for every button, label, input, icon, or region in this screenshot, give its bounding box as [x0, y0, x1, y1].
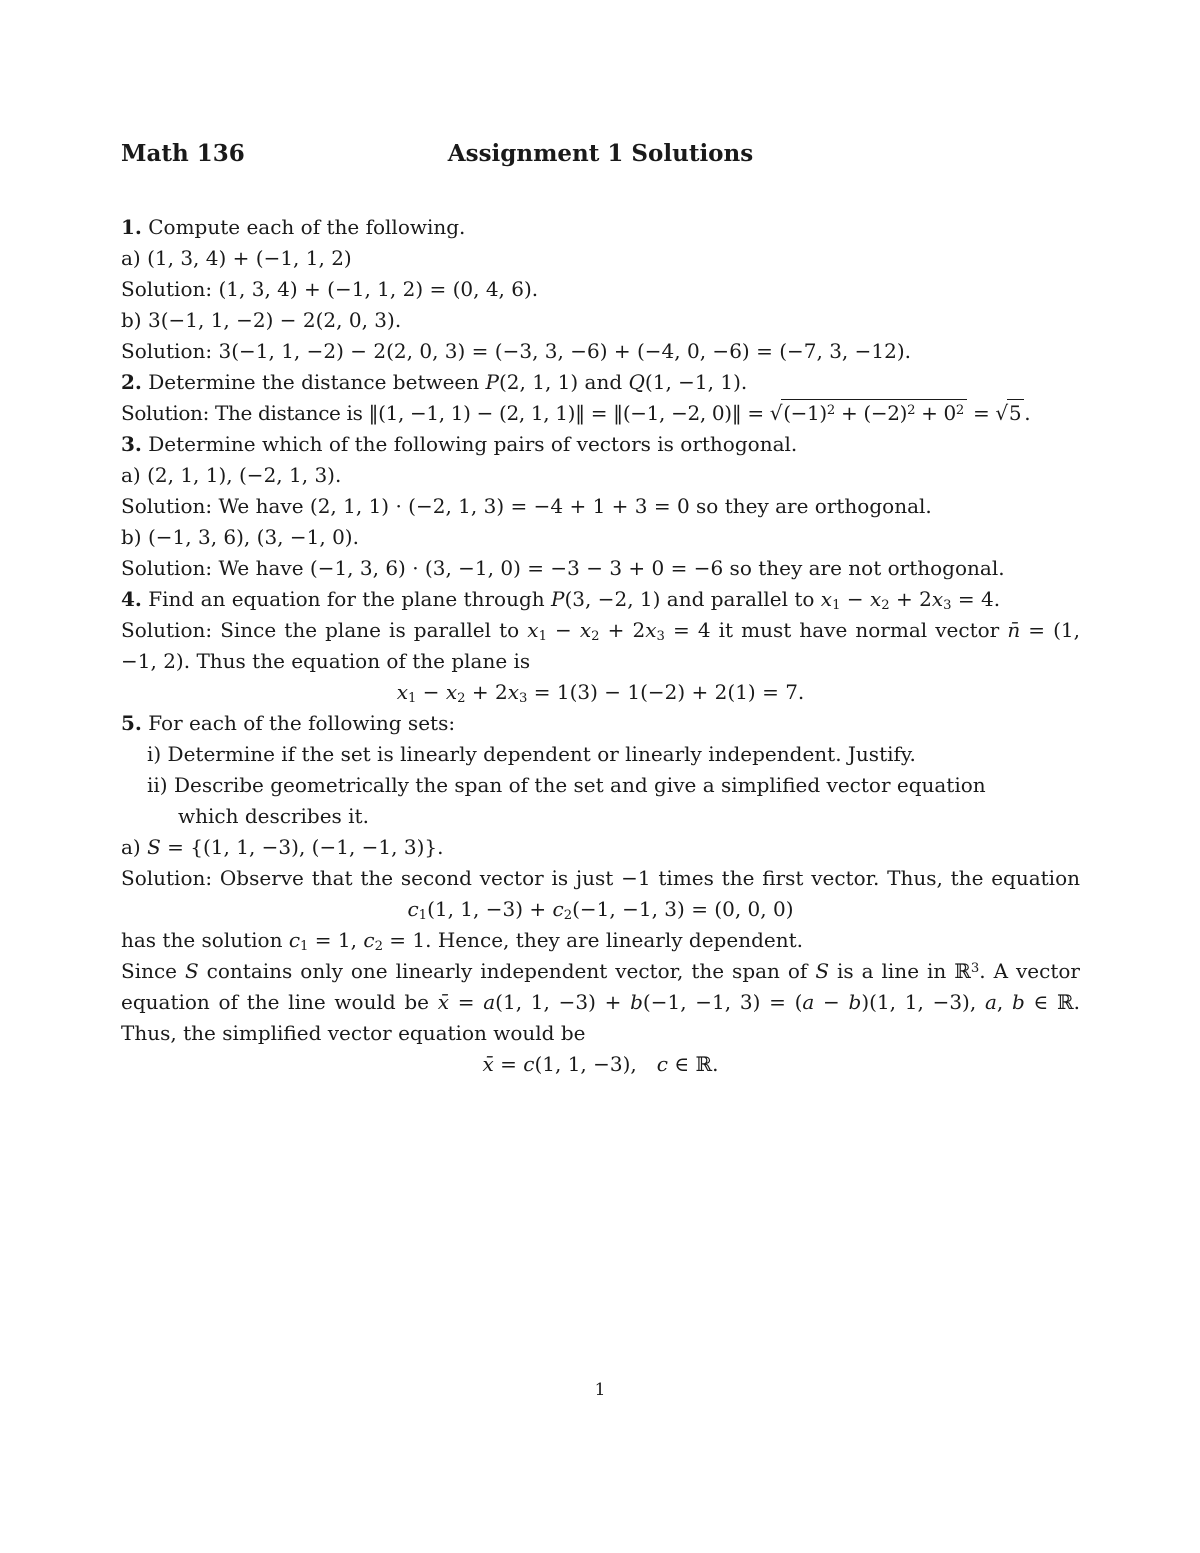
text-segment: = 4 it must have normal vector: [665, 618, 1007, 642]
text-segment: (1, 1, −3) +: [427, 897, 552, 921]
problem-1-statement: 1. Compute each of the following.: [121, 212, 1080, 243]
text-segment: (1, 1, −3) +: [495, 990, 630, 1014]
text-segment: −: [840, 587, 869, 611]
text-segment: b: [849, 990, 862, 1014]
text-segment: ,: [997, 990, 1012, 1014]
text-segment: x: [508, 680, 519, 704]
text-segment: Solution: Observe that the second vector…: [121, 866, 1080, 890]
text-segment: 3.: [121, 432, 142, 456]
text-segment: =: [494, 1052, 523, 1076]
text-segment: P: [486, 370, 499, 394]
text-segment: 5.: [121, 711, 142, 735]
problem-2-statement: 2. Determine the distance between P(2, 1…: [121, 367, 1080, 398]
problem-3-statement: 3. Determine which of the following pair…: [121, 429, 1080, 460]
problem-1a-solution: Solution: (1, 3, 4) + (−1, 1, 2) = (0, 4…: [121, 274, 1080, 305]
text-segment: c: [363, 928, 374, 952]
text-segment: Solution: The distance is ‖(1, −1, 1) − …: [121, 401, 770, 425]
text-segment: a: [985, 990, 997, 1014]
text-segment: = 1. Hence, they are linearly dependent.: [383, 928, 803, 952]
text-segment: 2.: [121, 370, 142, 394]
text-segment: ii) Describe geometrically the span of t…: [147, 773, 986, 797]
text-segment: a) (2, 1, 1), (−2, 1, 3).: [121, 463, 341, 487]
text-segment: + 0: [915, 401, 956, 425]
text-segment: 4.: [121, 587, 142, 611]
text-segment: Q: [629, 370, 645, 394]
text-segment: = 1,: [308, 928, 363, 952]
problem-5-statement: 5. For each of the following sets:: [121, 708, 1080, 739]
text-segment: Solution: (1, 3, 4) + (−1, 1, 2) = (0, 4…: [121, 277, 538, 301]
text-segment: (3, −2, 1) and parallel to: [564, 587, 820, 611]
text-segment: 2: [564, 908, 572, 923]
text-segment: x: [580, 618, 591, 642]
page-number: 1: [0, 1380, 1200, 1400]
text-segment: 1: [300, 939, 308, 954]
text-segment: = 1(3) − 1(−2) + 2(1) = 7.: [527, 680, 804, 704]
text-segment: 3: [943, 598, 951, 613]
text-segment: a: [802, 990, 814, 1014]
text-segment: c: [523, 1052, 534, 1076]
problem-5-item-i: i) Determine if the set is linearly depe…: [121, 739, 1080, 770]
text-segment: Solution: We have (−1, 3, 6) · (3, −1, 0…: [121, 556, 1005, 580]
problem-4-statement: 4. Find an equation for the plane throug…: [121, 584, 1080, 615]
text-segment: x: [446, 680, 457, 704]
sqrt-radicand: 5: [1007, 399, 1024, 425]
text-segment: b) (−1, 3, 6), (3, −1, 0).: [121, 525, 359, 549]
text-segment: S: [815, 959, 829, 983]
problem-1b-solution: Solution: 3(−1, 1, −2) − 2(2, 0, 3) = (−…: [121, 336, 1080, 367]
problem-5a-equation: c1(1, 1, −3) + c2(−1, −1, 3) = (0, 0, 0): [121, 894, 1080, 925]
text-segment: c: [289, 928, 300, 952]
problem-3b-solution: Solution: We have (−1, 3, 6) · (3, −1, 0…: [121, 553, 1080, 584]
problem-4-equation: x1 − x2 + 2x3 = 1(3) − 1(−2) + 2(1) = 7.: [121, 677, 1080, 708]
text-segment: Solution: 3(−1, 1, −2) − 2(2, 0, 3) = (−…: [121, 339, 911, 363]
problem-5a-span-discussion: Since S contains only one linearly indep…: [121, 956, 1080, 1049]
text-segment: + 2: [600, 618, 646, 642]
text-segment: 1: [408, 691, 416, 706]
problem-5a-solution: Solution: Observe that the second vector…: [121, 863, 1080, 894]
text-segment: i) Determine if the set is linearly depe…: [147, 742, 916, 766]
text-segment: x: [932, 587, 943, 611]
text-segment: b: [630, 990, 643, 1014]
text-segment: ∈ ℝ.: [668, 1052, 719, 1076]
problem-2-solution: Solution: The distance is ‖(1, −1, 1) − …: [121, 398, 1080, 429]
text-segment: 1: [832, 598, 840, 613]
text-segment: = 4.: [952, 587, 1001, 611]
problem-4-solution: Solution: Since the plane is parallel to…: [121, 615, 1080, 677]
text-segment: + 2: [890, 587, 932, 611]
document-page: Math 136 Assignment 1 Solutions 1. Compu…: [0, 0, 1200, 1553]
text-segment: contains only one linearly independent v…: [199, 959, 816, 983]
text-segment: x̄: [483, 1052, 494, 1076]
text-segment: [637, 1052, 657, 1076]
text-segment: Solution: We have (2, 1, 1) · (−2, 1, 3)…: [121, 494, 932, 518]
sqrt-radical-icon: √: [770, 401, 782, 425]
text-segment: −: [416, 680, 445, 704]
text-segment: x: [397, 680, 408, 704]
text-segment: 2: [375, 939, 383, 954]
text-segment: (1, 1, −3),: [534, 1052, 636, 1076]
text-segment: Compute each of the following.: [142, 215, 466, 239]
text-segment: x: [527, 618, 538, 642]
text-segment: x̄: [438, 990, 449, 1014]
problem-5-item-ii-cont: which describes it.: [121, 801, 1080, 832]
text-segment: x: [870, 587, 881, 611]
text-segment: 1: [539, 629, 547, 644]
text-segment: Solution: Since the plane is parallel to: [121, 618, 527, 642]
text-segment: + (−2): [835, 401, 907, 425]
text-segment: c: [407, 897, 418, 921]
text-segment: −: [814, 990, 848, 1014]
text-segment: 3: [657, 629, 665, 644]
text-segment: a) (1, 3, 4) + (−1, 1, 2): [121, 246, 352, 270]
text-segment: 2: [591, 629, 599, 644]
text-segment: b) 3(−1, 1, −2) − 2(2, 0, 3).: [121, 308, 401, 332]
text-segment: has the solution: [121, 928, 289, 952]
text-segment: (1, −1, 1).: [645, 370, 747, 394]
text-segment: 2: [457, 691, 465, 706]
problem-1b-question: b) 3(−1, 1, −2) − 2(2, 0, 3).: [121, 305, 1080, 336]
text-segment: 3: [971, 961, 979, 976]
text-segment: = {(1, 1, −3), (−1, −1, 3)}.: [161, 835, 444, 859]
problem-3a-solution: Solution: We have (2, 1, 1) · (−2, 1, 3)…: [121, 491, 1080, 522]
document-content: Math 136 Assignment 1 Solutions 1. Compu…: [121, 140, 1080, 1080]
text-segment: .: [1024, 401, 1030, 425]
text-segment: (2, 1, 1) and: [499, 370, 629, 394]
text-segment: S: [147, 835, 161, 859]
text-segment: −: [547, 618, 580, 642]
page-title: Assignment 1 Solutions: [121, 140, 1080, 168]
text-segment: 5: [1009, 401, 1021, 425]
text-segment: 2: [881, 598, 889, 613]
text-segment: c: [553, 897, 564, 921]
problem-5a-span-equation: x̄ = c(1, 1, −3), c ∈ ℝ.: [121, 1049, 1080, 1080]
text-segment: n̄: [1007, 618, 1020, 642]
text-segment: x: [645, 618, 656, 642]
document-body: 1. Compute each of the following.a) (1, …: [121, 212, 1080, 1080]
text-segment: (−1): [783, 401, 827, 425]
problem-5a-question: a) S = {(1, 1, −3), (−1, −1, 3)}.: [121, 832, 1080, 863]
text-segment: is a line in: [829, 959, 954, 983]
text-segment: ℝ: [954, 959, 971, 983]
text-segment: =: [967, 401, 995, 425]
sqrt-radical-icon: √: [995, 401, 1007, 425]
text-segment: which describes it.: [178, 804, 369, 828]
text-segment: x: [821, 587, 832, 611]
sqrt-radicand: (−1)2 + (−2)2 + 02: [781, 399, 967, 425]
text-segment: 1.: [121, 215, 142, 239]
document-header: Math 136 Assignment 1 Solutions: [121, 140, 1080, 168]
text-segment: For each of the following sets:: [142, 711, 455, 735]
text-segment: (−1, −1, 3) = (: [643, 990, 802, 1014]
text-segment: a): [121, 835, 147, 859]
text-segment: 3: [519, 691, 527, 706]
text-segment: Determine the distance between: [142, 370, 486, 394]
problem-3a-question: a) (2, 1, 1), (−2, 1, 3).: [121, 460, 1080, 491]
text-segment: 2: [956, 403, 964, 418]
text-segment: 2: [907, 403, 915, 418]
text-segment: )(1, 1, −3),: [861, 990, 985, 1014]
text-segment: 2: [827, 403, 835, 418]
text-segment: (−1, −1, 3) = (0, 0, 0): [572, 897, 793, 921]
text-segment: a: [483, 990, 495, 1014]
problem-5-item-ii: ii) Describe geometrically the span of t…: [121, 770, 1080, 801]
problem-5a-solution-cont: has the solution c1 = 1, c2 = 1. Hence, …: [121, 925, 1080, 956]
text-segment: S: [185, 959, 199, 983]
text-segment: Find an equation for the plane through: [142, 587, 551, 611]
text-segment: 1: [419, 908, 427, 923]
text-segment: Determine which of the following pairs o…: [142, 432, 797, 456]
text-segment: + 2: [466, 680, 508, 704]
problem-1a-question: a) (1, 3, 4) + (−1, 1, 2): [121, 243, 1080, 274]
text-segment: =: [449, 990, 483, 1014]
text-segment: b: [1012, 990, 1025, 1014]
text-segment: Since: [121, 959, 185, 983]
problem-3b-question: b) (−1, 3, 6), (3, −1, 0).: [121, 522, 1080, 553]
text-segment: c: [657, 1052, 668, 1076]
text-segment: P: [551, 587, 564, 611]
